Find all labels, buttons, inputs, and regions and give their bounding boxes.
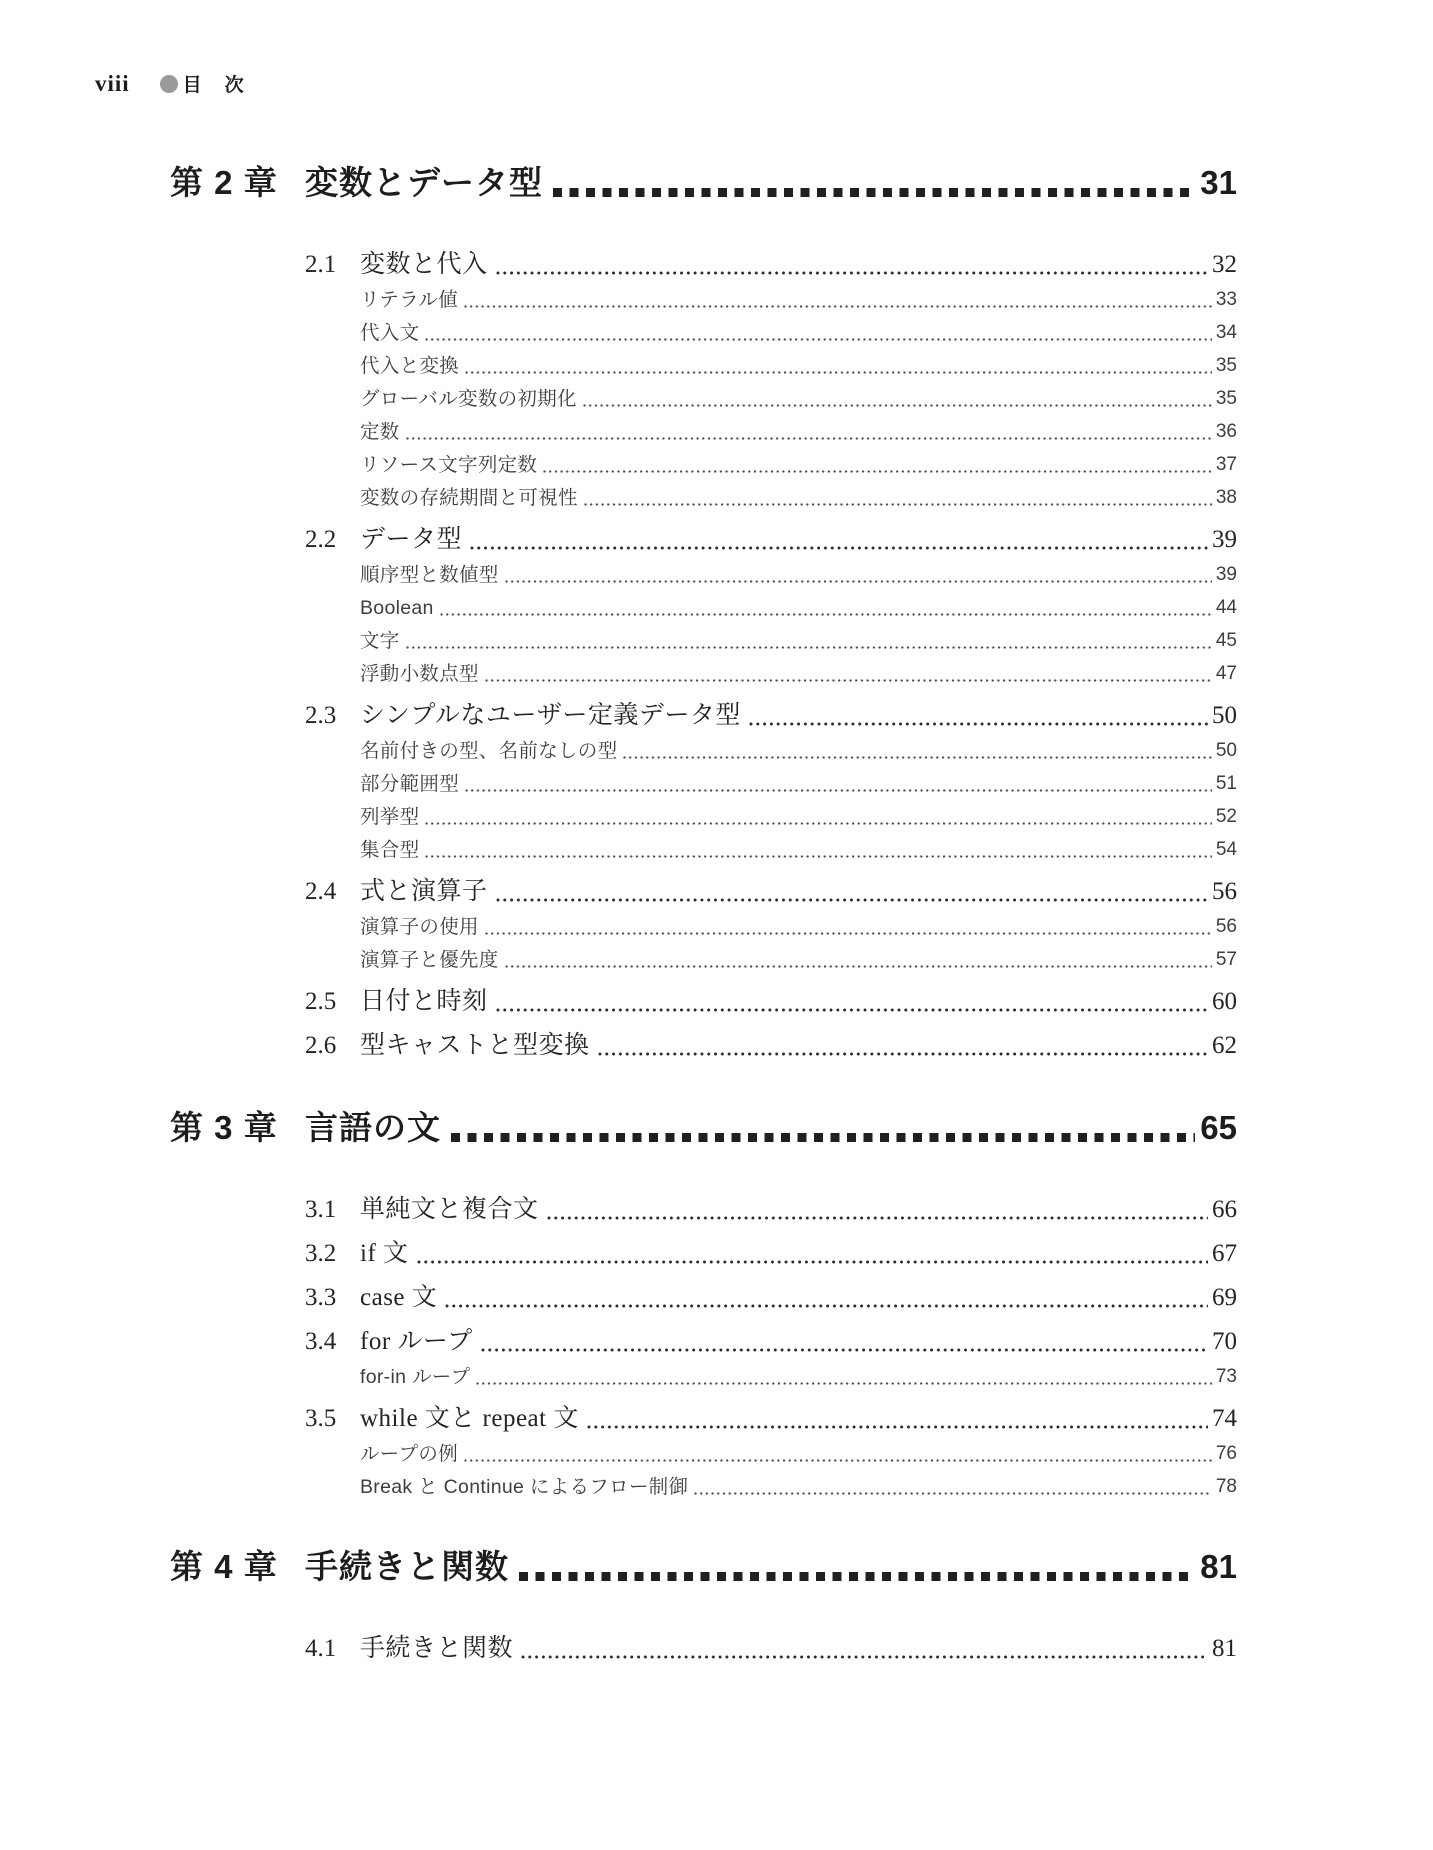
subsection-page-number: 35 — [1216, 353, 1237, 379]
chapter-page-number: 31 — [1200, 160, 1237, 206]
section-page-number: 67 — [1212, 1238, 1237, 1269]
chapter-page-number: 65 — [1200, 1105, 1237, 1151]
dot-leader — [440, 613, 1212, 616]
subsection-title: グローバル変数の初期化 — [360, 386, 577, 412]
dot-leader — [465, 789, 1212, 792]
toc-section-entry: 4.1手続きと関数81 — [170, 1620, 1237, 1664]
section-page-number: 32 — [1212, 249, 1237, 280]
toc-subsection-entry: 定数36 — [170, 412, 1237, 445]
toc-section-entry: 3.1単純文と複合文66 — [170, 1181, 1237, 1225]
toc-section-entry: 3.3case 文69 — [170, 1269, 1237, 1313]
toc-chapter-heading: 第 2 章変数とデータ型31 — [170, 160, 1237, 206]
section-title: シンプルなユーザー定義データ型 — [360, 700, 741, 731]
dot-leader — [465, 371, 1212, 374]
dot-leader — [425, 855, 1211, 858]
subsection-title: 代入と変換 — [360, 353, 459, 379]
chapter-title: 変数とデータ型 — [305, 160, 543, 206]
section-page-number: 62 — [1212, 1030, 1237, 1061]
toc-section-entry: 2.1変数と代入32 — [170, 236, 1237, 280]
chapter-title: 手続きと関数 — [305, 1544, 509, 1590]
dot-leader — [485, 679, 1212, 682]
header-bullet-icon — [160, 75, 178, 93]
dot-leader — [445, 1304, 1208, 1308]
toc-chapter-heading: 第 4 章手続きと関数81 — [170, 1544, 1237, 1590]
subsection-title: 集合型 — [360, 837, 419, 863]
toc-subsection-entry: グローバル変数の初期化35 — [170, 379, 1237, 412]
dot-leader — [587, 1425, 1208, 1429]
toc-section-entry: 3.5while 文と repeat 文74 — [170, 1390, 1237, 1434]
section-title: for ループ — [360, 1326, 473, 1357]
dot-leader — [406, 437, 1212, 440]
subsection-title: Break と Continue によるフロー制御 — [360, 1474, 688, 1500]
toc-subsection-entry: 列挙型52 — [170, 797, 1237, 830]
subsection-title: 浮動小数点型 — [360, 661, 479, 687]
toc-section-entry: 2.2データ型39 — [170, 511, 1237, 555]
toc-subsection-entry: ループの例76 — [170, 1434, 1237, 1467]
toc-section-entry: 2.3シンプルなユーザー定義データ型50 — [170, 687, 1237, 731]
subsection-page-number: 54 — [1216, 837, 1237, 863]
section-page-number: 81 — [1212, 1633, 1237, 1664]
section-title: while 文と repeat 文 — [360, 1403, 579, 1434]
page-folio: viii — [95, 71, 130, 97]
dot-leader — [451, 1133, 1195, 1142]
section-title: 式と演算子 — [360, 876, 488, 907]
chapter-label: 第 3 章 — [170, 1105, 305, 1151]
section-title: 変数と代入 — [360, 249, 488, 280]
subsection-page-number: 78 — [1216, 1474, 1237, 1500]
dot-leader — [425, 822, 1211, 825]
section-title: 型キャストと型変換 — [360, 1030, 590, 1061]
toc-subsection-entry: 文字45 — [170, 621, 1237, 654]
toc-subsection-entry: 順序型と数値型39 — [170, 555, 1237, 588]
toc-chapter: 第 4 章手続きと関数814.1手続きと関数81 — [170, 1544, 1237, 1664]
section-page-number: 60 — [1212, 986, 1237, 1017]
toc-section-entry: 2.5日付と時刻60 — [170, 973, 1237, 1017]
toc-subsection-entry: 演算子と優先度57 — [170, 940, 1237, 973]
dot-leader — [464, 305, 1212, 308]
dot-leader — [496, 898, 1208, 902]
toc-subsection-entry: for-in ループ73 — [170, 1357, 1237, 1390]
section-title: 日付と時刻 — [360, 986, 488, 1017]
toc-subsection-entry: Boolean44 — [170, 588, 1237, 621]
section-title: 手続きと関数 — [360, 1633, 513, 1664]
dot-leader — [481, 1348, 1208, 1352]
toc-subsection-entry: 部分範囲型51 — [170, 764, 1237, 797]
dot-leader — [598, 1052, 1208, 1056]
toc-chapter: 第 2 章変数とデータ型312.1変数と代入32リテラル値33代入文34代入と変… — [170, 160, 1237, 1061]
section-page-number: 69 — [1212, 1282, 1237, 1313]
section-number: 3.2 — [305, 1238, 360, 1269]
dot-leader — [623, 756, 1211, 759]
subsection-title: リテラル値 — [360, 287, 458, 313]
dot-leader — [406, 646, 1212, 649]
dot-leader — [519, 1572, 1195, 1581]
subsection-page-number: 51 — [1216, 771, 1237, 797]
toc-subsection-entry: 変数の存続期間と可視性38 — [170, 478, 1237, 511]
section-title: if 文 — [360, 1238, 409, 1269]
subsection-page-number: 47 — [1216, 661, 1237, 687]
toc-chapter-heading: 第 3 章言語の文65 — [170, 1105, 1237, 1151]
toc-section-entry: 2.4式と演算子56 — [170, 863, 1237, 907]
dot-leader — [485, 932, 1212, 935]
subsection-page-number: 37 — [1216, 452, 1237, 478]
section-number: 2.5 — [305, 986, 360, 1017]
subsection-title: 演算子の使用 — [360, 914, 479, 940]
toc-subsection-entry: Break と Continue によるフロー制御78 — [170, 1467, 1237, 1500]
subsection-page-number: 50 — [1216, 738, 1237, 764]
section-number: 2.2 — [305, 524, 360, 555]
subsection-page-number: 35 — [1216, 386, 1237, 412]
toc-body: 第 2 章変数とデータ型312.1変数と代入32リテラル値33代入文34代入と変… — [170, 160, 1237, 1664]
dot-leader — [521, 1655, 1208, 1659]
subsection-page-number: 52 — [1216, 804, 1237, 830]
chapter-label: 第 4 章 — [170, 1544, 305, 1590]
dot-leader — [496, 271, 1208, 275]
toc-subsection-entry: リソース文字列定数37 — [170, 445, 1237, 478]
toc-section-entry: 2.6型キャストと型変換62 — [170, 1017, 1237, 1061]
toc-subsection-entry: 代入と変換35 — [170, 346, 1237, 379]
dot-leader — [584, 503, 1212, 506]
dot-leader — [543, 470, 1212, 473]
subsection-page-number: 33 — [1216, 287, 1237, 313]
section-number: 2.3 — [305, 700, 360, 731]
toc-subsection-entry: リテラル値33 — [170, 280, 1237, 313]
section-number: 3.1 — [305, 1194, 360, 1225]
subsection-page-number: 39 — [1216, 562, 1237, 588]
section-title: データ型 — [360, 524, 462, 555]
section-page-number: 39 — [1212, 524, 1237, 555]
toc-subsection-entry: 演算子の使用56 — [170, 907, 1237, 940]
section-page-number: 70 — [1212, 1326, 1237, 1357]
subsection-title: 列挙型 — [360, 804, 419, 830]
toc-subsection-entry: 名前付きの型、名前なしの型50 — [170, 731, 1237, 764]
subsection-title: 名前付きの型、名前なしの型 — [360, 738, 617, 764]
toc-subsection-entry: 集合型54 — [170, 830, 1237, 863]
subsection-page-number: 56 — [1216, 914, 1237, 940]
subsection-title: 変数の存続期間と可視性 — [360, 485, 578, 511]
subsection-title: 文字 — [360, 628, 400, 654]
subsection-page-number: 57 — [1216, 947, 1237, 973]
subsection-title: 順序型と数値型 — [360, 562, 499, 588]
dot-leader — [749, 722, 1208, 726]
toc-subsection-entry: 代入文34 — [170, 313, 1237, 346]
subsection-title: ループの例 — [360, 1441, 458, 1467]
subsection-title: 代入文 — [360, 320, 419, 346]
toc-section-entry: 3.2if 文67 — [170, 1225, 1237, 1269]
subsection-page-number: 38 — [1216, 485, 1237, 511]
subsection-title: 部分範囲型 — [360, 771, 459, 797]
dot-leader — [505, 580, 1212, 583]
toc-header-title: 目 次 — [183, 70, 246, 97]
section-number: 4.1 — [305, 1633, 360, 1664]
section-number: 2.6 — [305, 1030, 360, 1061]
section-page-number: 50 — [1212, 700, 1237, 731]
dot-leader — [496, 1008, 1208, 1012]
section-number: 3.4 — [305, 1326, 360, 1357]
subsection-page-number: 73 — [1216, 1364, 1237, 1390]
section-number: 3.3 — [305, 1282, 360, 1313]
subsection-page-number: 44 — [1216, 595, 1237, 621]
subsection-page-number: 45 — [1216, 628, 1237, 654]
section-page-number: 56 — [1212, 876, 1237, 907]
chapter-label: 第 2 章 — [170, 160, 305, 206]
dot-leader — [694, 1492, 1212, 1495]
dot-leader — [476, 1382, 1211, 1385]
toc-subsection-entry: 浮動小数点型47 — [170, 654, 1237, 687]
subsection-page-number: 34 — [1216, 320, 1237, 346]
subsection-title: 定数 — [360, 419, 400, 445]
dot-leader — [464, 1459, 1212, 1462]
subsection-title: Boolean — [360, 595, 434, 621]
section-number: 2.4 — [305, 876, 360, 907]
section-title: case 文 — [360, 1282, 437, 1313]
dot-leader — [547, 1216, 1208, 1220]
dot-leader — [470, 546, 1208, 550]
toc-section-entry: 3.4for ループ70 — [170, 1313, 1237, 1357]
section-number: 3.5 — [305, 1403, 360, 1434]
subsection-title: 演算子と優先度 — [360, 947, 499, 973]
chapter-page-number: 81 — [1200, 1544, 1237, 1590]
dot-leader — [417, 1260, 1208, 1264]
subsection-page-number: 76 — [1216, 1441, 1237, 1467]
dot-leader — [505, 965, 1212, 968]
section-page-number: 74 — [1212, 1403, 1237, 1434]
section-title: 単純文と複合文 — [360, 1194, 539, 1225]
subsection-title: リソース文字列定数 — [360, 452, 537, 478]
dot-leader — [425, 338, 1211, 341]
section-number: 2.1 — [305, 249, 360, 280]
subsection-page-number: 36 — [1216, 419, 1237, 445]
section-page-number: 66 — [1212, 1194, 1237, 1225]
toc-chapter: 第 3 章言語の文653.1単純文と複合文663.2if 文673.3case … — [170, 1105, 1237, 1500]
dot-leader — [553, 188, 1195, 197]
chapter-title: 言語の文 — [305, 1105, 441, 1151]
running-head: viii 目 次 — [95, 70, 246, 97]
subsection-title: for-in ループ — [360, 1364, 470, 1390]
dot-leader — [583, 404, 1212, 407]
